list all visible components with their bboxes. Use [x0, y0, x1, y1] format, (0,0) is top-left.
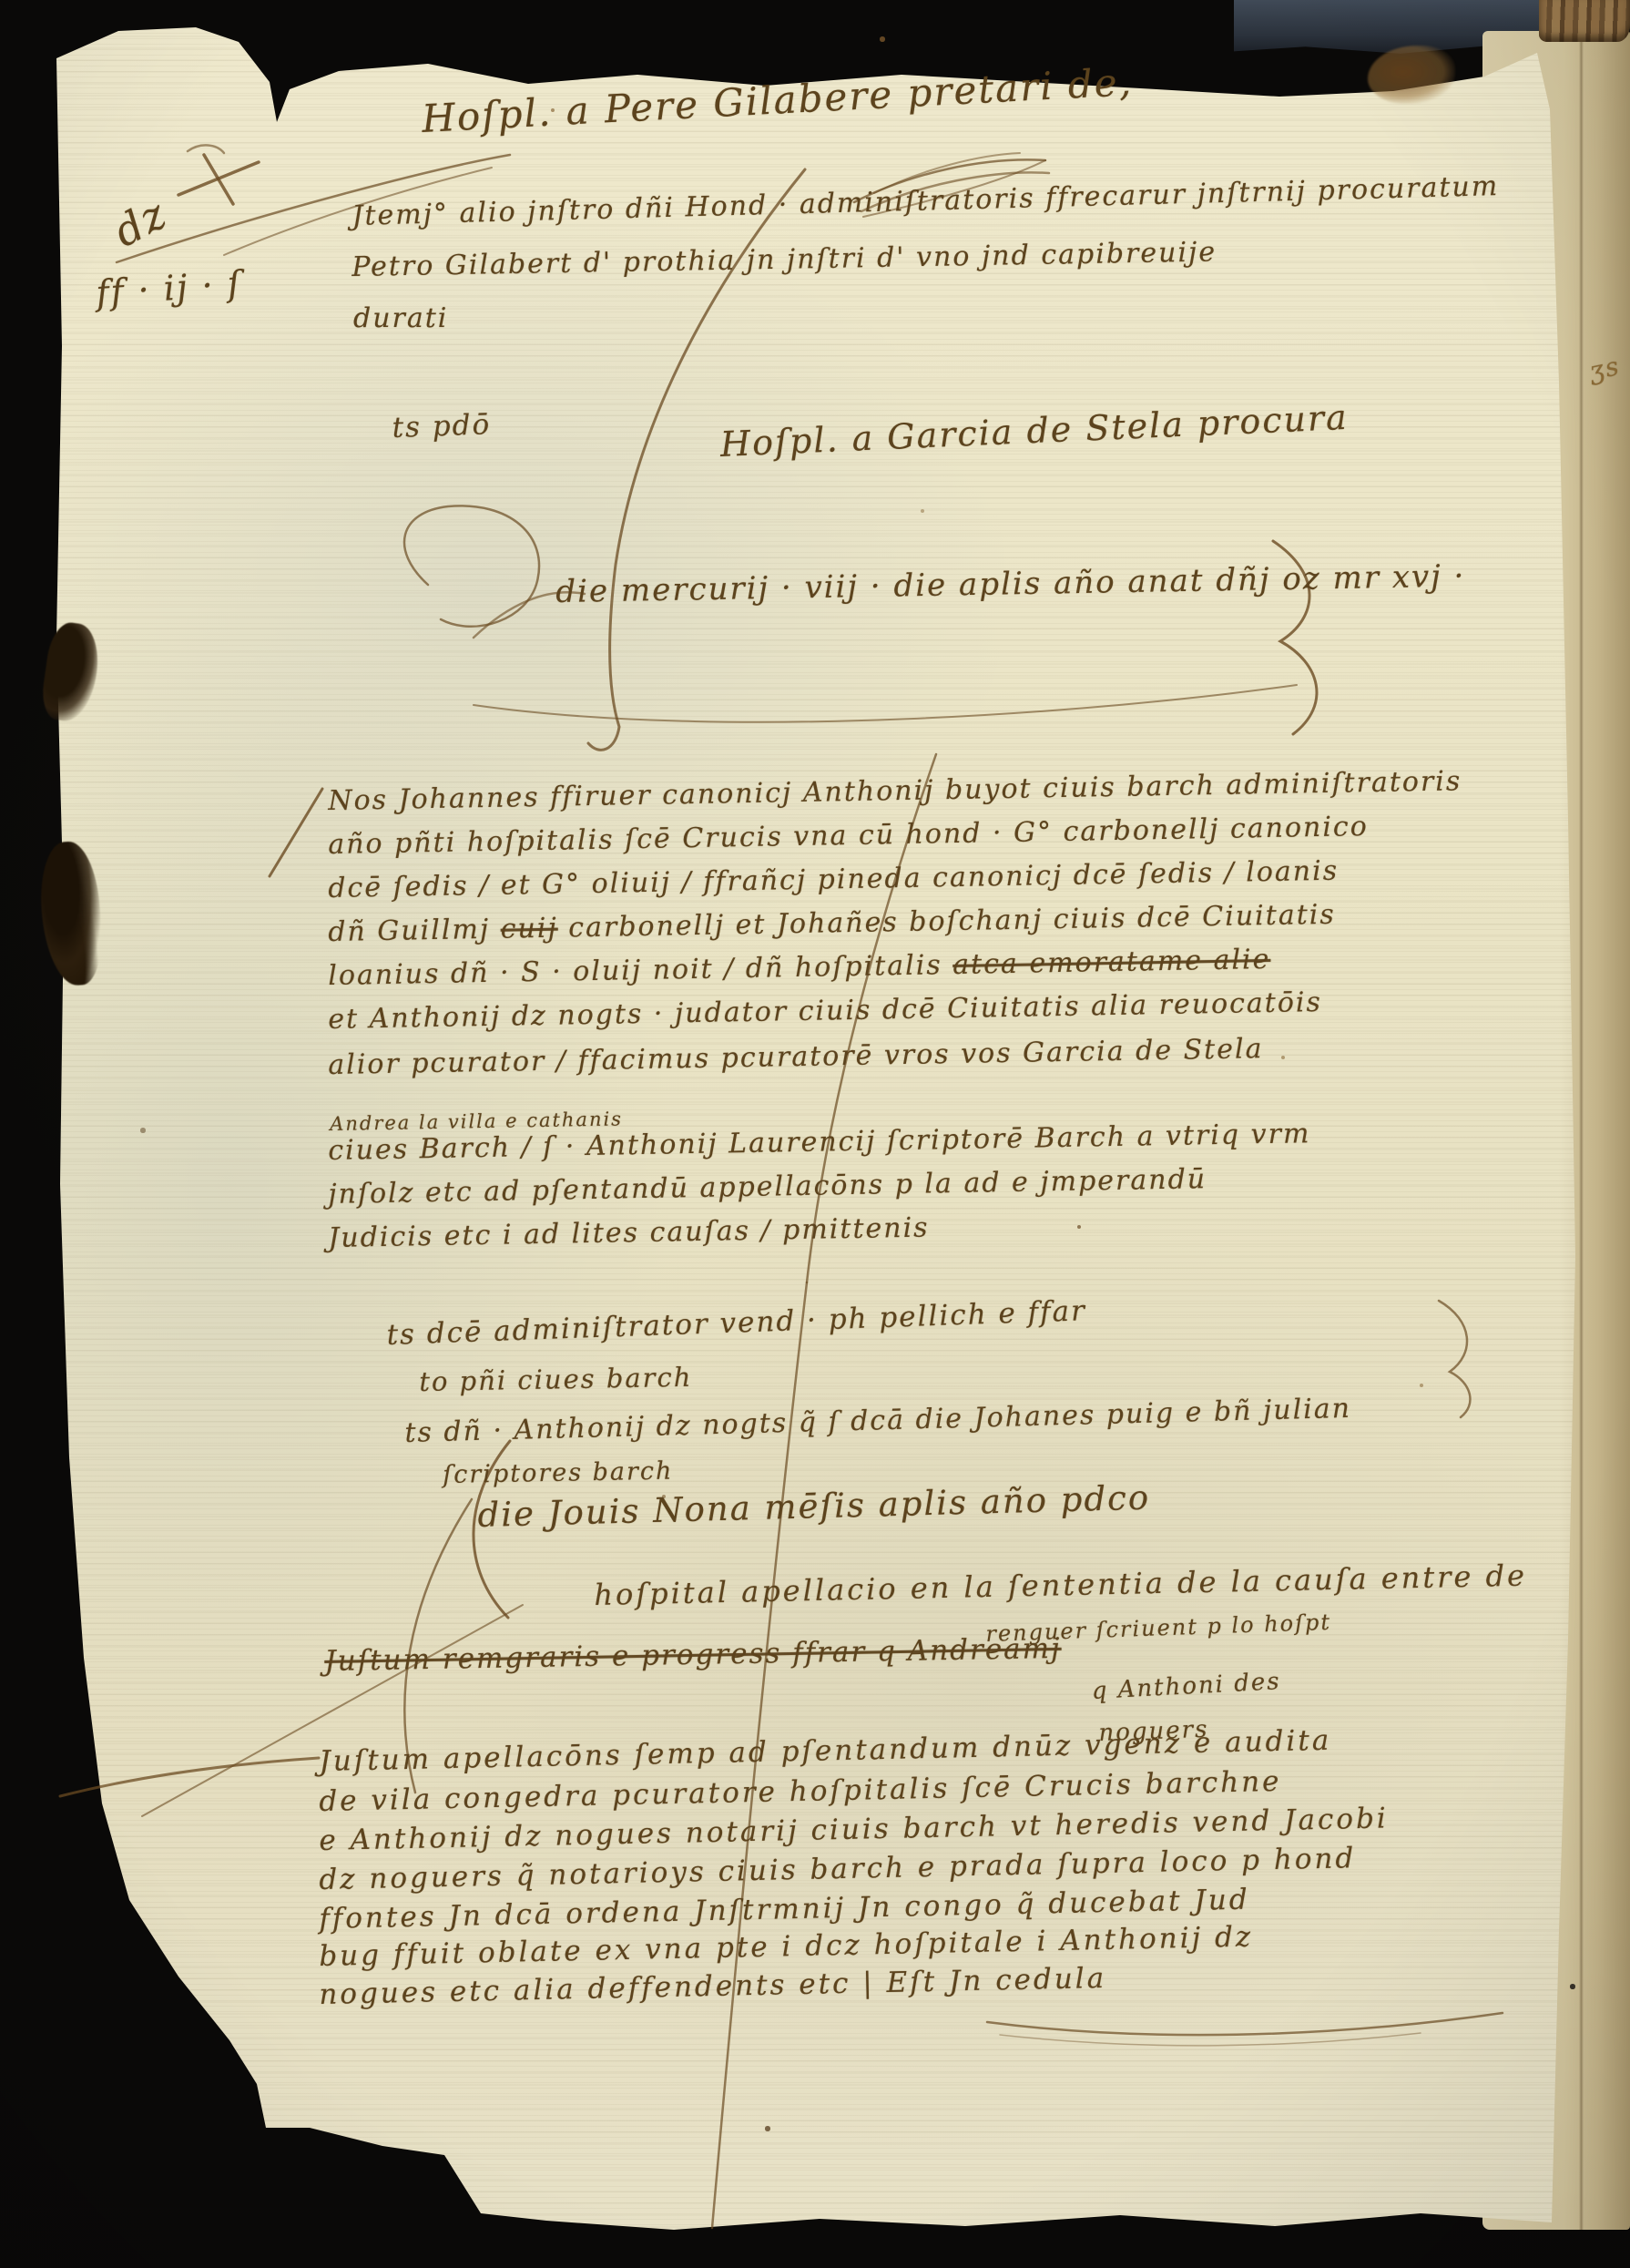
- body-line-9: jnſolz etc ad pſentandū appellacōns p la…: [328, 1163, 1207, 1211]
- margin-note-right-1: q Anthoni des: [1091, 1668, 1281, 1705]
- next-page-ink-mark: ʒs: [1586, 351, 1623, 386]
- testes1-line1: ts dcē adminiſtrator vend · ph pellich e…: [386, 1294, 1086, 1352]
- manuscript-photo: Hoſpl. a Pere Gilabere pretari de,dzff ·…: [0, 0, 1630, 2268]
- testes-abbrev-note: ts pdō: [392, 408, 492, 444]
- catalan-note: hoſpital apellacio en la ſententia de la…: [594, 1558, 1527, 1612]
- struck-text: Juſtum remgraris e progress ffrar q Andr…: [324, 1632, 1062, 1678]
- body-line-5: loanius dñ · S · oluij noit / dñ hoſpita…: [328, 944, 1271, 992]
- handwriting-layer: Hoſpl. a Pere Gilabere pretari de,dzff ·…: [0, 0, 1630, 2268]
- struck-text: cuij: [500, 913, 558, 945]
- cancelled-line: Juſtum remgraris e progress ffrar q Andr…: [324, 1632, 1062, 1678]
- second-title: Hoſpl. a Garcia de Stela procura: [719, 397, 1350, 465]
- struck-text: atca emoratame alie: [953, 944, 1271, 981]
- testes2-line2: ſcriptores barch: [443, 1457, 674, 1489]
- entry1-line2: Petro Gilabert d' prothia jn jnſtri d' v…: [351, 236, 1217, 283]
- script-text: carbonellj et Johañes boſchanj ciuis dcē…: [557, 899, 1336, 945]
- body-line-4: dñ Guillmj cuij carbonellj et Johañes bo…: [328, 899, 1336, 948]
- script-text: loanius dñ · S · oluij noit / dñ hoſpita…: [328, 949, 953, 992]
- script-text: dñ Guillmj: [328, 914, 501, 948]
- body-line-10: Judicis etc i ad lites cauſas / pmitteni…: [328, 1211, 930, 1254]
- testes1-line2: to pñi ciues barch: [419, 1362, 693, 1397]
- margin-de-mark: dz: [106, 189, 175, 257]
- margin-fee-mark: ff · ij · ſ: [95, 263, 243, 313]
- body-line-3: dcē ſedis / et G° oliuij / ffrañcj pined…: [328, 855, 1339, 904]
- date-line-1: die mercurij · viij · die aplis año anat…: [555, 558, 1466, 610]
- testes2-line1: ts dñ · Anthonij dz nogts q̃ ſ dcā die J…: [404, 1393, 1351, 1449]
- entry1-line3: durati: [353, 302, 448, 334]
- entry1-line1: Jtemj° alio jnſtro dñi Hond · adminiſtra…: [351, 170, 1500, 232]
- body-line-7: alior pcurator / ffacimus pcuratorē vros…: [328, 1033, 1264, 1081]
- body-line-2: año pñti hoſpitalis ſcē Crucis vna cū ho…: [328, 811, 1369, 861]
- body-line-1: Nos Johannes ffiruer canonicj Anthonij b…: [328, 765, 1462, 817]
- header-title: Hoſpl. a Pere Gilabere pretari de,: [421, 59, 1134, 141]
- body-line-6: et Anthonij dz nogts · judator ciuis dcē…: [328, 986, 1322, 1036]
